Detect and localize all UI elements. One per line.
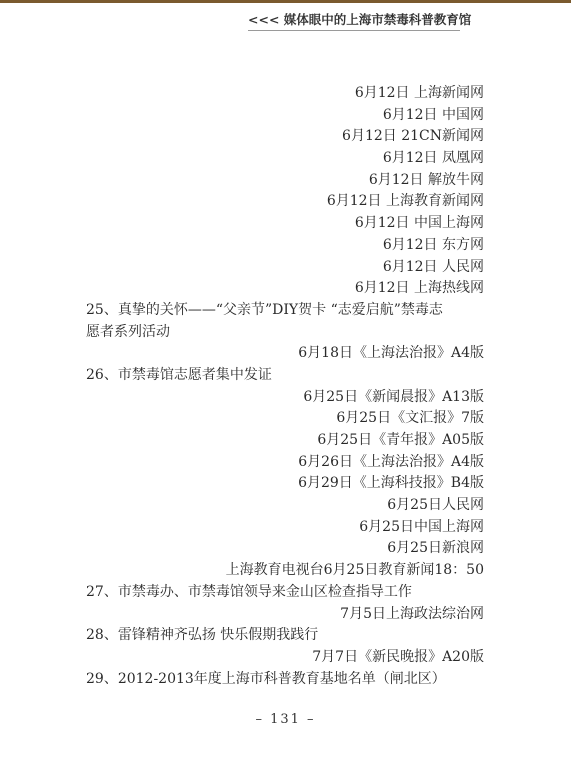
running-header: <<< 媒体眼中的上海市禁毒科普教育馆 xyxy=(248,10,460,31)
page-number: – 131 – xyxy=(0,712,571,727)
item-title-25-continued: 愿者系列活动 xyxy=(86,322,484,344)
media-source-line: 7月5日上海政法综治网 xyxy=(86,604,484,626)
media-source-line: 6月12日 中国网 xyxy=(86,105,484,127)
media-source-line: 6月12日 凤凰网 xyxy=(86,148,484,170)
media-source-line: 6月12日 上海热线网 xyxy=(86,278,484,300)
media-source-line: 6月26日《上海法治报》A4版 xyxy=(86,452,484,474)
media-source-line: 6月29日《上海科技报》B4版 xyxy=(86,473,484,495)
item-title-29: 29、2012-2013年度上海市科普教育基地名单（闸北区） xyxy=(86,669,484,691)
page-content: 6月12日 上海新闻网 6月12日 中国网 6月12日 21CN新闻网 6月12… xyxy=(86,83,484,690)
media-source-line: 6月25日《青年报》A05版 xyxy=(86,430,484,452)
media-source-line: 6月12日 东方网 xyxy=(86,235,484,257)
media-source-line: 6月12日 中国上海网 xyxy=(86,213,484,235)
media-source-line: 6月18日《上海法治报》A4版 xyxy=(86,343,484,365)
media-source-line: 7月7日《新民晚报》A20版 xyxy=(86,647,484,669)
media-source-line: 6月25日《新闻晨报》A13版 xyxy=(86,387,484,409)
media-source-line: 6月12日 解放牛网 xyxy=(86,170,484,192)
media-source-line: 6月25日人民网 xyxy=(86,495,484,517)
media-source-line: 6月12日 上海教育新闻网 xyxy=(86,191,484,213)
media-source-line: 上海教育电视台6月25日教育新闻18：50 xyxy=(86,560,484,582)
media-source-line: 6月12日 21CN新闻网 xyxy=(86,126,484,148)
media-source-line: 6月25日中国上海网 xyxy=(86,517,484,539)
item-title-26: 26、市禁毒馆志愿者集中发证 xyxy=(86,365,484,387)
item-title-25: 25、真挚的关怀——“父亲节”DIY贺卡 “志爱启航”禁毒志 xyxy=(86,300,484,322)
media-source-line: 6月25日《文汇报》7版 xyxy=(86,408,484,430)
item-title-27: 27、市禁毒办、市禁毒馆领导来金山区检查指导工作 xyxy=(86,582,484,604)
top-border xyxy=(0,0,571,3)
item-title-28: 28、雷锋精神齐弘扬 快乐假期我践行 xyxy=(86,625,484,647)
media-source-line: 6月12日 人民网 xyxy=(86,257,484,279)
media-source-line: 6月12日 上海新闻网 xyxy=(86,83,484,105)
media-source-line: 6月25日新浪网 xyxy=(86,538,484,560)
